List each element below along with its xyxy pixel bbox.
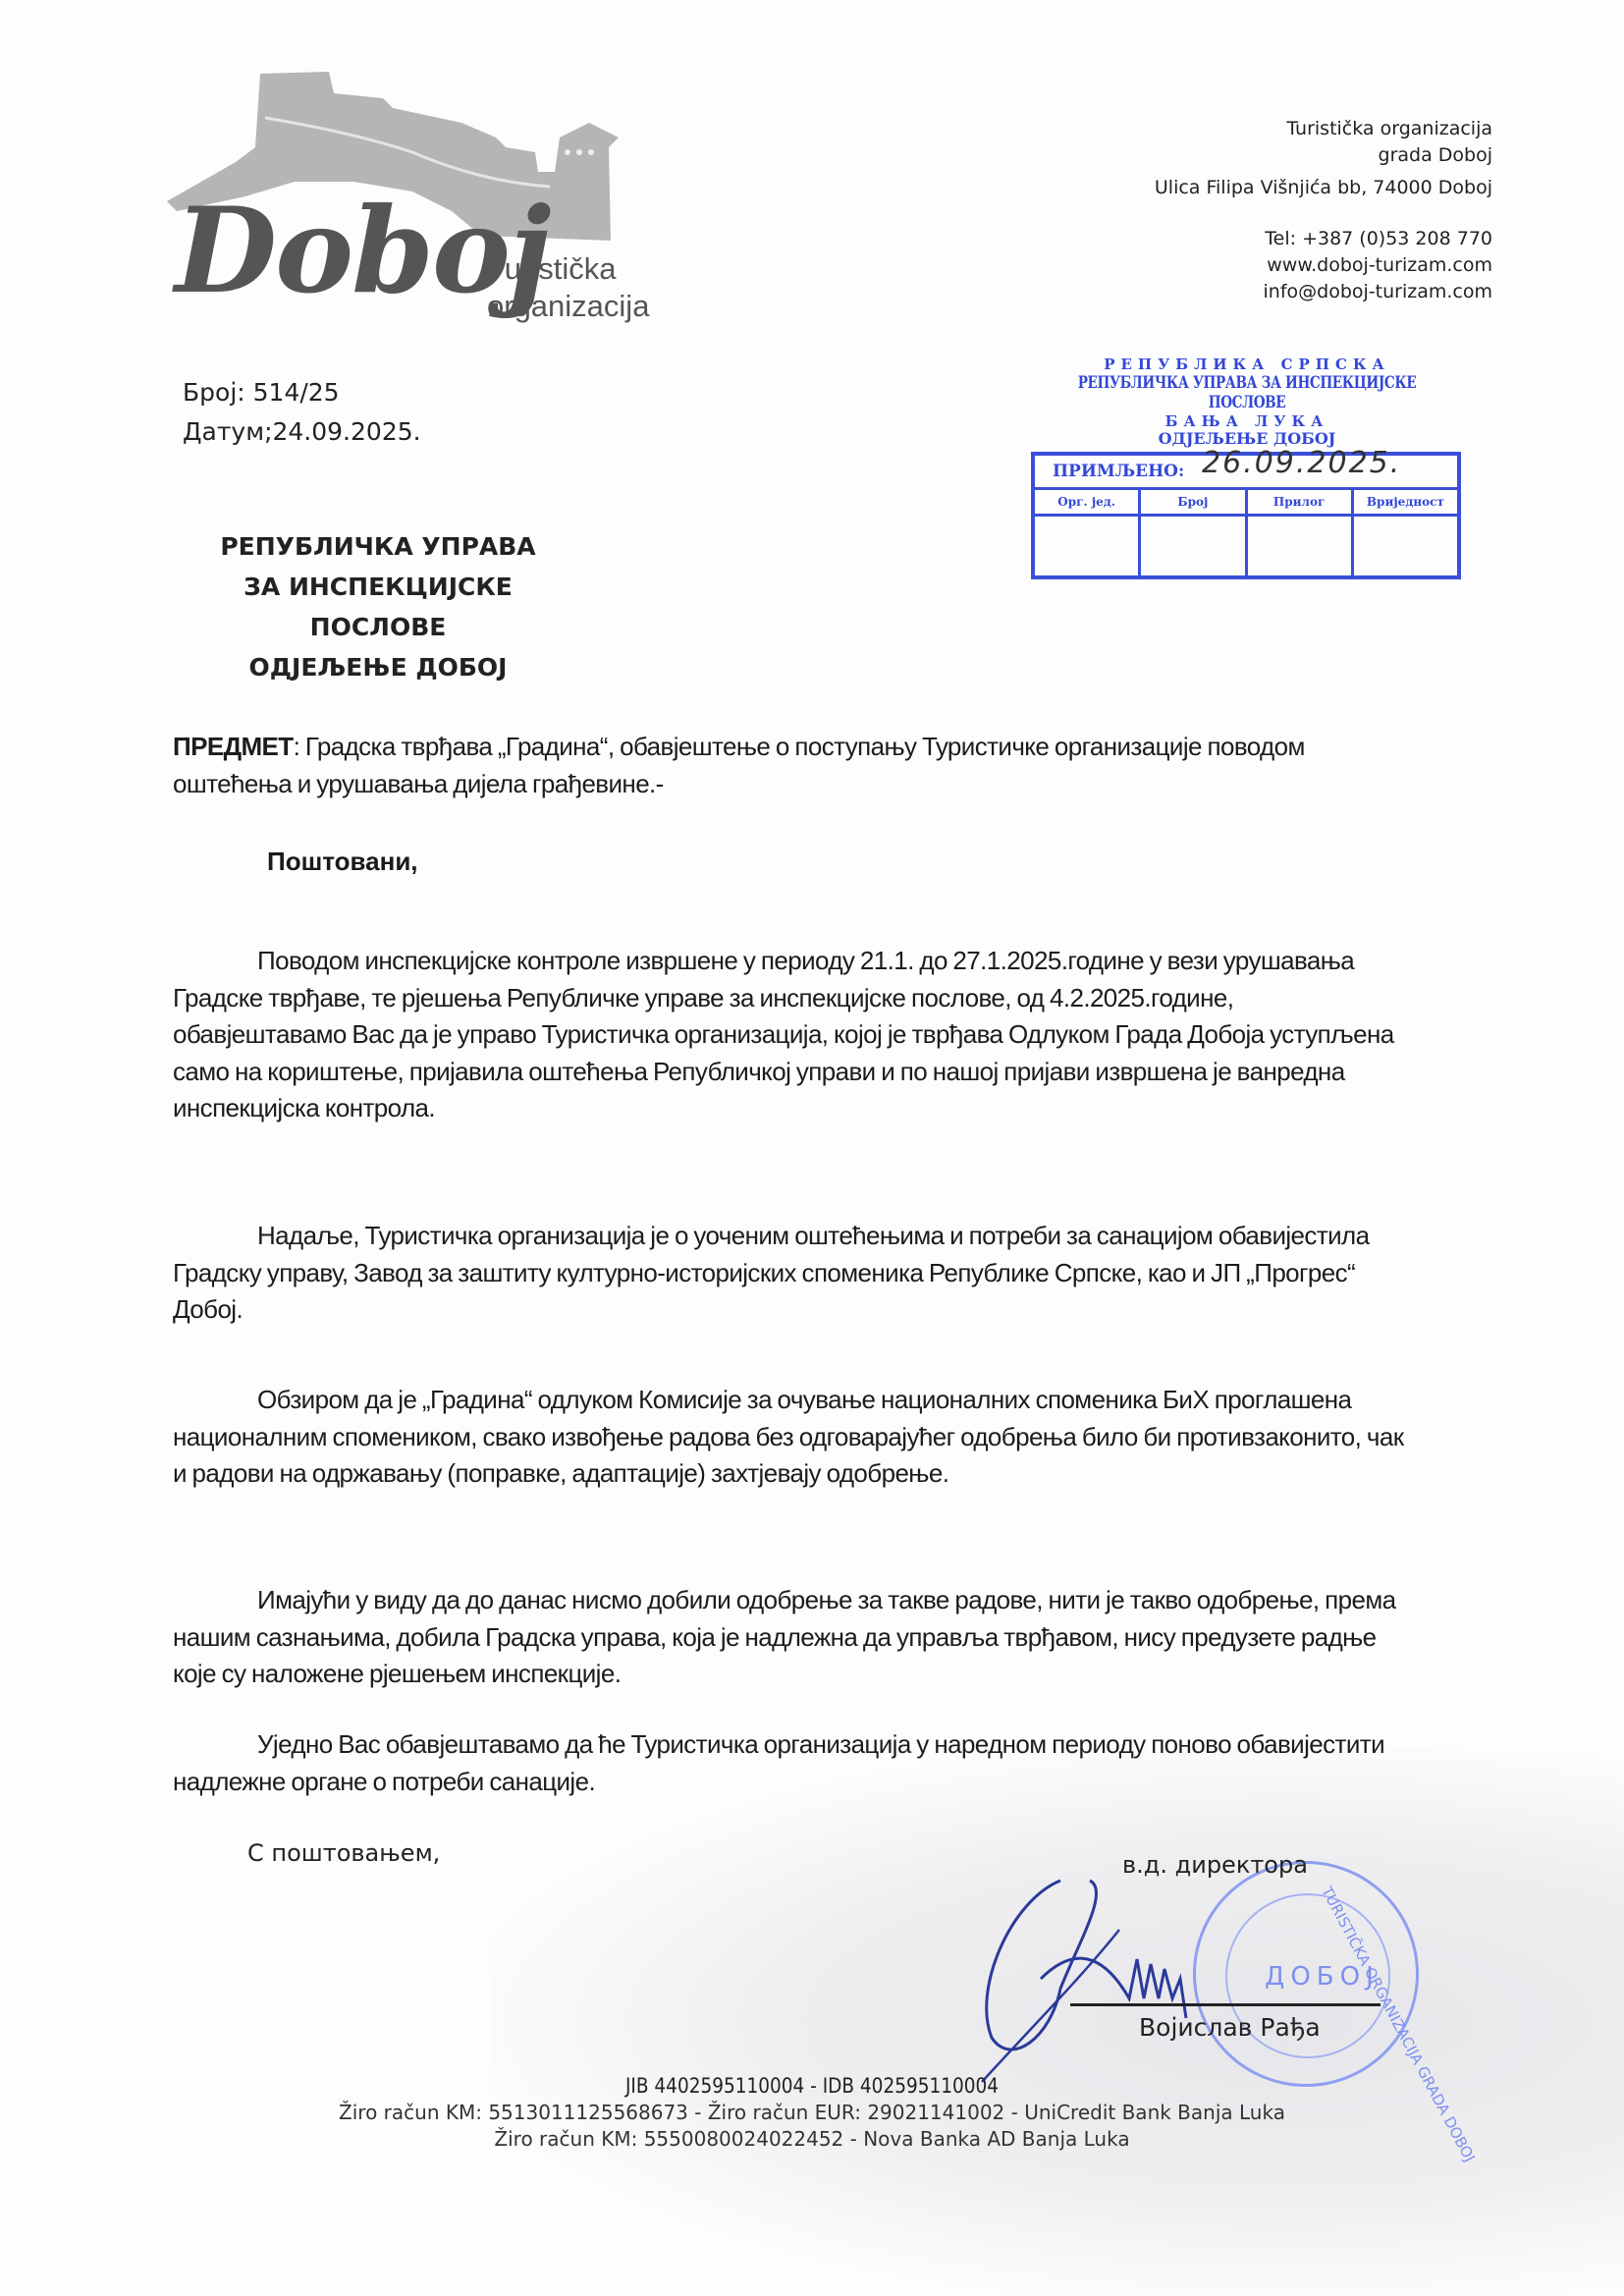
subject-text: : Градска тврђава „Градина“, обавјештење… [173,732,1305,798]
org-email: info@doboj-turizam.com [1155,279,1492,305]
recipient-line3: ОДЈЕЉЕЊЕ ДОБОЈ [172,647,584,687]
signature-line [1070,2003,1380,2006]
recipient-line1: РЕПУБЛИЧКА УПРАВА [172,526,584,567]
stamp-col-header: Вриједност [1354,490,1457,517]
stamp-col-attachment: Прилог [1248,490,1354,576]
stamp-col-header: Орг. јед. [1035,490,1138,517]
footer-bank-account-2: Žiro račun KM: 5550080024022452 - Nova B… [0,2126,1624,2153]
stamp-line2: РЕПУБЛИЧКА УПРАВА ЗА ИНСПЕКЦИЈСКЕ ПОСЛОВ… [1066,373,1428,412]
subject-label: ПРЕДМЕТ [173,732,294,761]
logo-subtitle: Turistička organizacija [487,250,649,325]
letterhead-logo: Doboj Turistička organizacija [157,54,668,368]
paragraph-3: Обзиром да је „Градина“ одлуком Комисије… [173,1382,1410,1493]
letterhead-contact: Turistička organizacija grada Doboj Ulic… [1155,116,1492,305]
signatory-name: Војислав Рађа [1139,2013,1321,2042]
org-address: Ulica Filipa Višnjića bb, 74000 Doboj [1155,175,1492,201]
org-name-line2: grada Doboj [1155,142,1492,169]
stamp-col-value: Вриједност [1354,490,1457,576]
letterhead-footer: JIB 4402595110004 - IDB 402595110004 Žir… [0,2072,1624,2153]
footer-bank-account-1: Žiro račun KM: 5513011125568673 - Žiro r… [0,2100,1624,2126]
recipient-block: РЕПУБЛИЧКА УПРАВА ЗА ИНСПЕКЦИЈСКЕ ПОСЛОВ… [172,526,584,687]
stamp-received-date: 26.09.2025. [1202,448,1401,479]
org-name-line1: Turistička organizacija [1155,116,1492,142]
stamp-table: ПРИМЉЕНО: 26.09.2025. Орг. јед. Број При… [1031,452,1461,579]
subject-line: ПРЕДМЕТ: Градска тврђава „Градина“, обав… [173,729,1410,802]
greeting: Поштовани, [267,847,418,877]
stamp-col-header: Прилог [1248,490,1351,517]
logo-subtitle-line2: organizacija [487,288,649,325]
paragraph-4: Имајући у виду да до данас нисмо добили … [173,1582,1410,1693]
stamp-line3: БАЊА ЛУКА [1021,412,1473,430]
received-stamp: РЕПУБЛИКА СРПСКА РЕПУБЛИЧКА УПРАВА ЗА ИН… [1021,355,1473,591]
recipient-line2: ЗА ИНСПЕКЦИЈСКЕ ПОСЛОВЕ [172,567,584,647]
footer-tax-ids: JIB 4402595110004 - IDB 402595110004 [97,2072,1527,2100]
paragraph-2: Надаље, Туристичка организација је о уоч… [173,1218,1410,1329]
org-website: www.doboj-turizam.com [1155,252,1492,279]
stamp-received-row: ПРИМЉЕНО: 26.09.2025. [1035,456,1457,490]
reference-date: Датум;24.09.2025. [183,412,421,452]
org-phone: Tel: +387 (0)53 208 770 [1155,226,1492,252]
handwritten-signature-icon [972,1871,1286,2087]
stamp-col-header: Број [1141,490,1244,517]
stamp-received-label: ПРИМЉЕНО: [1053,462,1184,481]
stamp-col-org: Орг. јед. [1035,490,1141,576]
reference-number: Број: 514/25 [183,373,421,412]
reference-block: Број: 514/25 Датум;24.09.2025. [183,373,421,452]
stamp-columns: Орг. јед. Број Прилог Вриједност [1035,490,1457,576]
stamp-col-number: Број [1141,490,1247,576]
paragraph-1: Поводом инспекцијске контроле извршене у… [173,943,1410,1127]
stamp-line1: РЕПУБЛИКА СРПСКА [1021,355,1473,373]
paragraph-5: Уједно Вас обавјештавамо да ће Туристичк… [173,1726,1410,1800]
closing-salutation: С поштовањем, [247,1839,440,1867]
logo-subtitle-line1: Turistička [487,250,649,288]
